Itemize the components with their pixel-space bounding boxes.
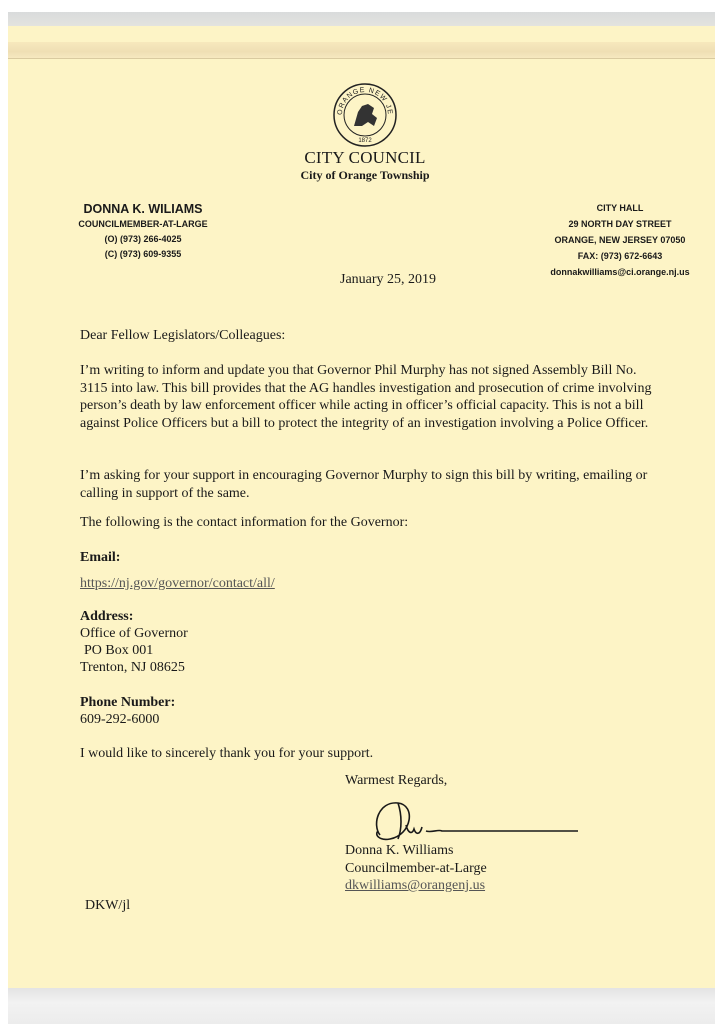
city-hall-city: ORANGE, NEW JERSEY 07050	[520, 232, 720, 248]
signer-name: Donna K. Williams	[345, 842, 487, 860]
phone-label: Phone Number:	[80, 694, 660, 712]
cell-phone: (C) (973) 609-9355	[48, 247, 238, 262]
address-label: Address:	[80, 608, 660, 626]
address-line-1: Office of Governor	[80, 625, 660, 643]
city-hall-header: CITY HALL 29 NORTH DAY STREET ORANGE, NE…	[520, 200, 720, 280]
paragraph-request-support: I’m asking for your support in encouragi…	[80, 467, 660, 502]
address-line-3: Trenton, NJ 08625	[80, 659, 660, 677]
councilmember-name: DONNA K. WILIAMS	[48, 202, 238, 217]
council-title: CITY COUNCIL	[250, 148, 480, 168]
signature-block: Warmest Regards,	[345, 772, 447, 790]
svg-text:1872: 1872	[358, 138, 372, 144]
councilmember-role: COUNCILMEMBER-AT-LARGE	[48, 217, 238, 232]
governor-contact-link[interactable]: https://nj.gov/governor/contact/all/	[80, 576, 275, 591]
scan-top-edge	[8, 12, 715, 26]
closing: Warmest Regards,	[345, 772, 447, 790]
paragraph-contact-intro: The following is the contact information…	[80, 514, 660, 532]
city-seal-icon: ORANGE NEW JERSEY 1872	[332, 82, 398, 148]
letter-date: January 25, 2019	[340, 272, 436, 288]
governor-phone: 609-292-6000	[80, 711, 660, 729]
email-label: Email:	[80, 549, 660, 567]
council-subtitle: City of Orange Township	[250, 168, 480, 183]
address-line-2: PO Box 001	[84, 642, 664, 660]
typist-initials: DKW/jl	[85, 898, 130, 914]
scan-fold-band	[8, 42, 715, 59]
city-hall-fax: FAX: (973) 672-6643	[520, 248, 720, 264]
city-hall-street: 29 NORTH DAY STREET	[520, 216, 720, 232]
city-hall-email[interactable]: donnakwilliams@ci.orange.nj.us	[520, 264, 720, 280]
scan-bottom-edge	[8, 988, 715, 1024]
signer-title: Councilmember-at-Large	[345, 860, 487, 878]
paragraph-bill-update: I’m writing to inform and update you tha…	[80, 362, 660, 432]
city-hall-label: CITY HALL	[520, 200, 720, 216]
handwritten-signature-icon	[368, 795, 588, 845]
signer-block: Donna K. Williams Councilmember-at-Large…	[345, 842, 487, 895]
salutation: Dear Fellow Legislators/Colleagues:	[80, 327, 660, 345]
office-phone: (O) (973) 266-4025	[48, 232, 238, 247]
thanks-line: I would like to sincerely thank you for …	[80, 745, 660, 763]
councilmember-header: DONNA K. WILIAMS COUNCILMEMBER-AT-LARGE …	[48, 202, 238, 262]
signer-email-link[interactable]: dkwilliams@orangenj.us	[345, 878, 485, 893]
